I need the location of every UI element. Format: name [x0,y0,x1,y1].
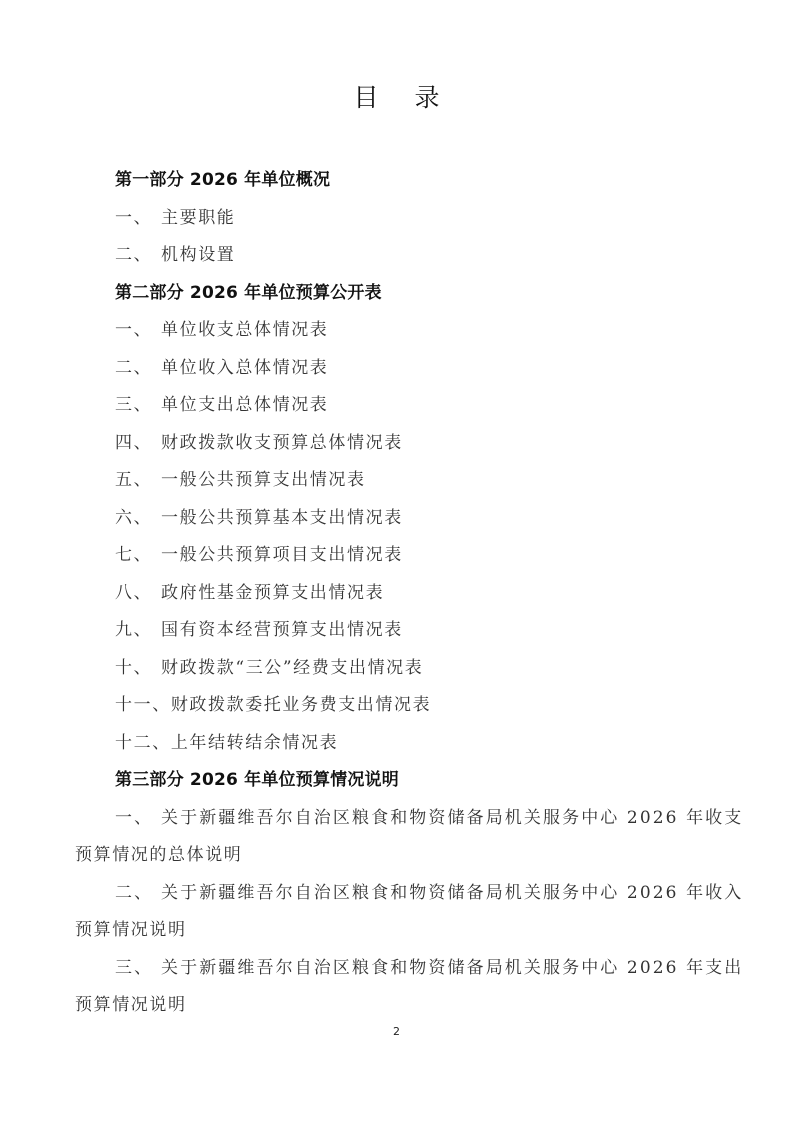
toc-entry[interactable]: 十二、上年结转结余情况表 [75,725,715,763]
toc-entry-label-continued: 预算情况说明 [75,912,715,950]
toc-entry-label: 一般公共预算支出情况表 [161,470,366,490]
toc-entry[interactable]: 二、机构设置 [75,237,715,275]
toc-entry-number: 一、 [115,200,161,238]
toc-entry-number: 九、 [115,612,161,650]
toc-entry-label: 上年结转结余情况表 [171,733,338,753]
toc-entry-label: 国有资本经营预算支出情况表 [161,620,403,640]
toc-entry-label: 关于新疆维吾尔自治区粮食和物资储备局机关服务中心 2026 年支出 [161,958,743,978]
toc-entry-number: 一、 [115,800,161,838]
toc-entry-number: 十一、 [115,687,171,725]
toc-entry[interactable]: 三、单位支出总体情况表 [75,387,715,425]
toc-entry-number: 五、 [115,462,161,500]
toc-entry[interactable]: 五、一般公共预算支出情况表 [75,462,715,500]
toc-part2-heading[interactable]: 第二部分 2026 年单位预算公开表 [75,275,715,313]
toc-entry[interactable]: 十、财政拨款“三公”经费支出情况表 [75,650,715,688]
table-of-contents: 第一部分 2026 年单位概况 一、主要职能 二、机构设置 第二部分 2026 … [75,162,715,1025]
toc-entry-label: 单位收入总体情况表 [161,358,328,378]
toc-entry[interactable]: 十一、财政拨款委托业务费支出情况表 [75,687,715,725]
toc-entry-label: 财政拨款收支预算总体情况表 [161,433,403,453]
toc-entry-number: 三、 [115,387,161,425]
toc-entry[interactable]: 二、单位收入总体情况表 [75,350,715,388]
toc-entry-number: 七、 [115,537,161,575]
toc-part1-heading[interactable]: 第一部分 2026 年单位概况 [75,162,715,200]
toc-entry-label: 一般公共预算项目支出情况表 [161,545,403,565]
toc-entry[interactable]: 七、一般公共预算项目支出情况表 [75,537,715,575]
toc-entry[interactable]: 六、一般公共预算基本支出情况表 [75,500,715,538]
toc-entry-label: 机构设置 [161,245,235,265]
toc-entry-label: 财政拨款委托业务费支出情况表 [171,695,431,715]
toc-entry[interactable]: 三、关于新疆维吾尔自治区粮食和物资储备局机关服务中心 2026 年支出 预算情况… [75,950,715,1025]
page-title: 目 录 [0,80,793,116]
toc-entry[interactable]: 九、国有资本经营预算支出情况表 [75,612,715,650]
toc-entry-number: 三、 [115,950,161,988]
toc-entry-number: 十、 [115,650,161,688]
toc-entry-number: 六、 [115,500,161,538]
toc-entry-label: 单位支出总体情况表 [161,395,328,415]
toc-entry-label: 关于新疆维吾尔自治区粮食和物资储备局机关服务中心 2026 年收支 [161,808,743,828]
toc-entry-number: 八、 [115,575,161,613]
toc-entry-label: 一般公共预算基本支出情况表 [161,508,403,528]
toc-entry-label-continued: 预算情况的总体说明 [75,837,715,875]
toc-entry-number: 十二、 [115,725,171,763]
toc-entry-label: 主要职能 [161,208,235,228]
toc-entry-number: 二、 [115,350,161,388]
toc-entry-label: 政府性基金预算支出情况表 [161,583,384,603]
toc-entry[interactable]: 四、财政拨款收支预算总体情况表 [75,425,715,463]
toc-entry-label: 财政拨款“三公”经费支出情况表 [161,658,423,678]
page-number: 2 [0,1025,793,1038]
toc-part3-heading[interactable]: 第三部分 2026 年单位预算情况说明 [75,762,715,800]
toc-entry-number: 二、 [115,875,161,913]
toc-entry[interactable]: 一、单位收支总体情况表 [75,312,715,350]
toc-entry-label: 单位收支总体情况表 [161,320,328,340]
toc-entry-number: 四、 [115,425,161,463]
toc-entry[interactable]: 二、关于新疆维吾尔自治区粮食和物资储备局机关服务中心 2026 年收入 预算情况… [75,875,715,950]
toc-entry[interactable]: 八、政府性基金预算支出情况表 [75,575,715,613]
toc-entry[interactable]: 一、关于新疆维吾尔自治区粮食和物资储备局机关服务中心 2026 年收支 预算情况… [75,800,715,875]
toc-entry[interactable]: 一、主要职能 [75,200,715,238]
toc-entry-number: 二、 [115,237,161,275]
toc-entry-number: 一、 [115,312,161,350]
toc-entry-label-continued: 预算情况说明 [75,987,715,1025]
toc-entry-label: 关于新疆维吾尔自治区粮食和物资储备局机关服务中心 2026 年收入 [161,883,743,903]
